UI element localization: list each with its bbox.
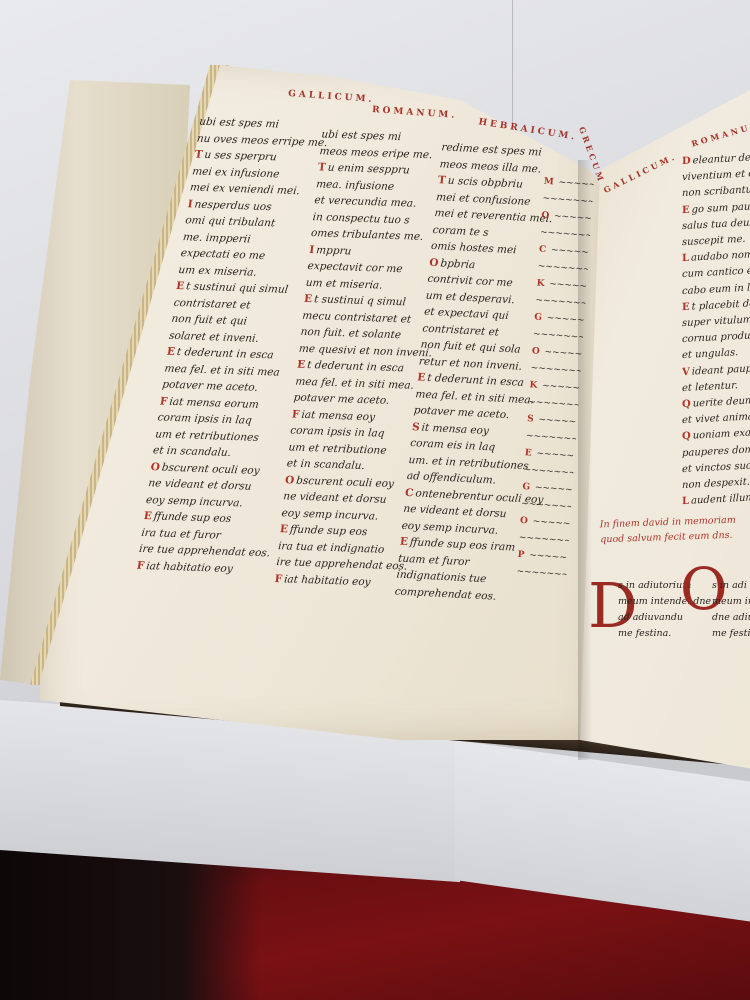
line-text: ne videant et dorsu [403,503,507,520]
line-text: suscepit me. [682,234,746,248]
line-text: redime est spes mi [441,141,542,158]
rubricated-initial: E [279,523,288,535]
rubricated-initial: E [143,510,153,522]
line-text: potaver me aceto. [413,404,510,421]
rubricated-initial: Q [682,431,691,442]
line-text: t sustinui qui simul [185,280,289,296]
rubricated-initial: O [541,211,550,222]
line-text: bpbria [440,257,476,271]
rubricated-initial: T [194,149,204,161]
line-text: omes tribulantes me. [310,227,424,243]
line-text: mei ex veniendi mei. [189,181,300,197]
line-text: mea. infusione [316,178,395,193]
line-text: audent illum celi [691,491,750,506]
line-text: mecu contristaret et [302,309,412,325]
line-text: ffunde sup eos [153,510,232,525]
line-text: mppru [316,244,352,257]
rubricated-initial: P [517,550,524,560]
rubricated-initial: S [411,421,420,433]
manuscript-line: me festi [712,626,750,642]
rubricated-initial: O [429,256,439,268]
line-text: uerite deum [693,395,750,409]
line-text: super vitulum novellu [682,312,750,329]
rubricated-initial: E [166,346,176,358]
line-text: eleantur de libro [693,151,750,166]
rubricated-initial: V [682,366,690,377]
rubricated-initial: S [527,414,534,424]
line-text: et in scandalu. [286,457,365,472]
line-text: indignationis tue [396,569,487,586]
line-text: non despexit. [682,477,750,492]
rubricated-initial: I [187,198,194,210]
line-text: iat mensa eorum [169,395,260,410]
line-text: potaver me aceto. [293,392,390,407]
line-text: coram ipsis in laq [290,424,385,439]
line-text: audabo nomen dei [691,248,750,264]
line-text: et vinctos suos [682,460,750,475]
line-text: meos meos eripe me. [319,145,433,161]
right-text-column: Deleantur de libroviventium et cum iusti… [682,150,750,511]
line-text: iat mensa eoy [301,408,376,423]
line-text: non fuit et qui [171,313,248,328]
line-text: t dederunt in esca [427,372,525,389]
line-text: in conspectu tuo s [312,211,410,226]
bottom-right-verse: s in adimeum indne adiume festi [712,578,750,642]
manuscript-line: s in adi [712,578,750,594]
line-text: ubi est spes mi [198,116,279,131]
rubricated-initial: E [682,302,690,313]
line-text: contrivit cor me [427,273,513,289]
line-text: ira tua et furor [141,526,222,541]
rubricated-initial: E [399,536,408,548]
line-text: omi qui tribulant [185,214,276,229]
line-text: ideant pauperes [692,362,750,377]
rubricated-initial: F [291,408,300,420]
rubricated-initial: E [303,293,312,305]
rubricated-initial: F [159,395,168,407]
line-text: um ex miseria. [178,264,258,279]
line-text: coram te s [432,223,489,238]
manuscript-line: Laudent illum celi [682,490,750,510]
line-text: bscurent oculi eoy [296,474,395,489]
rubricated-initial: O [284,474,294,486]
line-text: t placebit deo [692,298,750,313]
rubricated-initial: L [682,496,689,507]
manuscript-line: ~~~~~~~~ [516,564,567,584]
line-text: t dederunt in esca [307,359,405,374]
rubricated-initial: T [437,174,446,186]
line-text: ne videant et dorsu [283,490,387,506]
line-text: u scis obpbriu [447,175,523,191]
line-text: non scribantur. [682,184,750,199]
line-text: u ses sperpru [204,149,278,163]
rubricated-initial: D [682,156,691,167]
line-text: um et retributiones [155,428,260,444]
line-text: ad offendiculum. [406,470,496,487]
rubricated-initial: O [150,461,161,473]
line-text: solaret et inveni. [168,329,259,344]
line-text: expectati eo me [180,247,266,262]
line-text: et verecundia mea. [314,194,417,210]
rubricated-initial: G [522,482,530,493]
line-text: cabo eum in laude. [682,281,750,297]
line-text: t dederunt in esca [176,346,274,361]
line-text: ne videant et dorsu [148,477,253,493]
line-text: tuam et furor [398,552,470,568]
line-text: et ungulas. [682,348,738,362]
line-text: et in scandalu. [152,444,232,459]
manuscript-line: me festina. [618,626,711,642]
line-text: nesperdus uos [194,198,273,213]
line-text: pauperes dominus [682,443,750,459]
rubricated-initial: T [317,161,326,173]
line-text: mei ex infusione [191,165,280,180]
line-text: expectavit cor me [307,260,403,275]
line-text: um et retributione [288,441,387,456]
line-text: mea fel. et in siti mea [164,362,281,378]
line-text: me. impperii [182,231,251,245]
rubricated-initial: C [405,486,415,498]
rubricated-initial: O [532,346,541,357]
line-text: um et desperavi. [425,289,515,306]
line-text: salus tua deus [682,217,750,232]
rubricated-initial: L [682,253,689,264]
line-text: eoy semp incurva. [281,507,379,522]
rubricated-initial: C [539,245,547,255]
line-text: iat habitatio eoy [284,573,372,588]
line-text: mea fel. et in siti mea. [295,375,415,391]
line-text: ire tue apprehendat eos. [138,543,271,560]
line-text: nu oves meos erripe me. [196,132,328,149]
line-text: eoy semp incurva. [145,494,243,509]
line-text: iat habitatio eoy [146,560,234,575]
line-text: ira tua et indignatio [278,540,385,556]
line-text: coram eis in laq [410,437,496,453]
rubricated-initial: K [529,380,538,391]
rubricated-initial: I [309,244,315,256]
line-text: non fuit et qui sola [420,339,521,356]
line-text: comprehendat eos. [394,585,497,602]
line-text: me quesivi et non inveni. [298,342,432,359]
line-text: et vivet anima vestra. [682,410,750,427]
rubricated-initial: G [534,312,542,323]
line-text: ffunde sup eos [289,524,368,539]
line-text: ire tue apprehendat eos. [276,556,408,573]
rubricated-initial: E [175,280,185,292]
rubricated-initial: E [524,448,532,458]
line-text: uoniam exaudivit [693,426,750,442]
rubricated-initial: M [543,177,554,188]
line-text: cornua producentem [682,329,750,346]
line-text: bscurent oculi eoy [161,461,260,476]
line-text: potaver me aceto. [161,379,258,394]
rubricated-initial: K [536,278,545,289]
manuscript-line: Videant pauperes [682,361,750,381]
line-text: contristaret et [173,296,251,311]
line-text: coram ipsis in laq [157,411,253,426]
rubricated-initial: E [297,359,306,371]
rubric-psalm-title: In finem david in memoriamquod salvum fe… [600,513,737,548]
rubricated-initial: F [274,573,283,585]
line-text: omis hostes mei [430,240,517,256]
rubricated-initial: E [417,371,426,383]
line-text: ubi est spes mi [321,128,402,143]
line-text: u enim sesppru [327,162,410,177]
line-text: non fuit. et solante [300,326,402,341]
manuscript-line: dne adiu [712,610,750,626]
line-text: um et miseria. [305,276,383,291]
line-text: cum cantico et magnifi [682,263,750,280]
manuscript-line: meum in [712,594,750,610]
line-text: et expectavi qui [424,306,510,322]
rubricated-initial: O [520,516,529,527]
rubricated-initial: F [136,559,145,571]
line-text: t sustinui q simul [313,293,406,308]
rubricated-initial: E [682,204,690,215]
line-text: et letentur. [682,380,738,394]
rubricated-initial: Q [682,399,691,410]
line-text: contristaret et [422,322,500,338]
line-text: it mensa eoy [421,421,489,436]
